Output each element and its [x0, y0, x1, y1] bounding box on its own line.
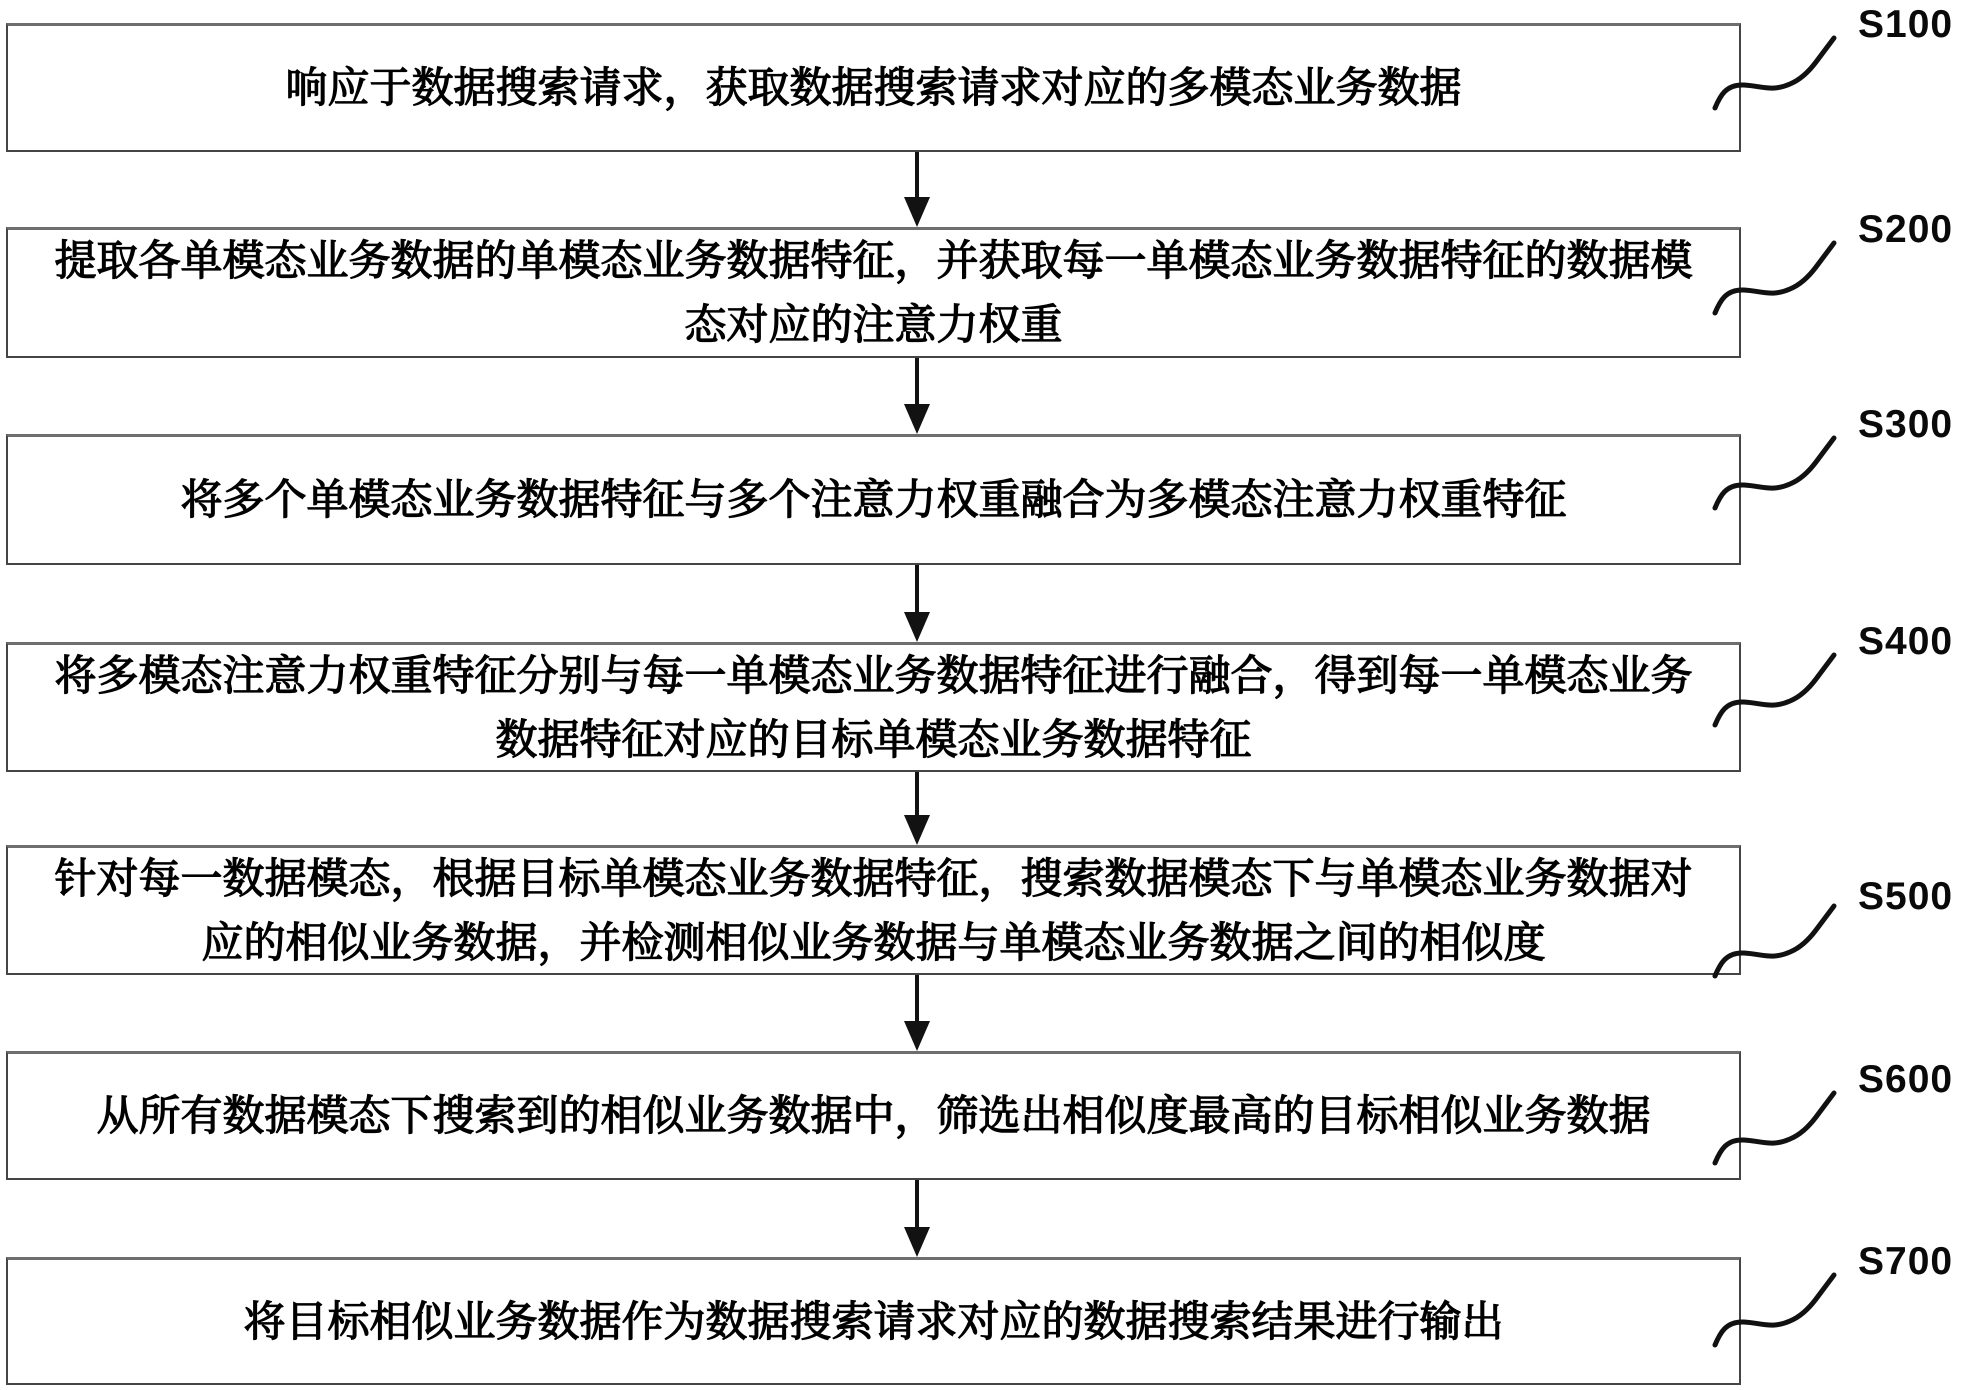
squiggle-connector-7 — [1710, 1269, 1842, 1349]
squiggle-connector-4 — [1710, 649, 1842, 729]
down-arrow-head-2 — [904, 404, 930, 434]
step-box-2: 提取各单模态业务数据的单模态业务数据特征，并获取每一单模态业务数据特征的数据模态… — [6, 227, 1741, 358]
step-label-s200: S200 — [1858, 207, 1953, 253]
down-arrow-line-6 — [915, 1180, 919, 1227]
step-text-6: 从所有数据模态下搜索到的相似业务数据中，筛选出相似度最高的目标相似业务数据 — [8, 1084, 1739, 1148]
step-label-s500: S500 — [1858, 874, 1953, 920]
squiggle-connector-3 — [1710, 432, 1842, 512]
down-arrow-head-6 — [904, 1227, 930, 1257]
step-text-4: 将多模态注意力权重特征分别与每一单模态业务数据特征进行融合，得到每一单模态业务数… — [8, 644, 1739, 772]
down-arrow-head-5 — [904, 1021, 930, 1051]
step-text-5: 针对每一数据模态，根据目标单模态业务数据特征，搜索数据模态下与单模态业务数据对应… — [8, 847, 1739, 975]
squiggle-connector-5 — [1710, 900, 1842, 980]
squiggle-connector-1 — [1710, 32, 1842, 112]
step-label-s300: S300 — [1858, 402, 1953, 448]
step-box-4: 将多模态注意力权重特征分别与每一单模态业务数据特征进行融合，得到每一单模态业务数… — [6, 642, 1741, 772]
step-box-7: 将目标相似业务数据作为数据搜索请求对应的数据搜索结果进行输出 — [6, 1257, 1741, 1385]
down-arrow-line-5 — [915, 975, 919, 1021]
step-label-s600: S600 — [1858, 1057, 1953, 1103]
down-arrow-head-4 — [904, 815, 930, 845]
step-label-s700: S700 — [1858, 1239, 1953, 1285]
down-arrow-line-2 — [915, 358, 919, 404]
down-arrow-line-4 — [915, 772, 919, 815]
step-text-2: 提取各单模态业务数据的单模态业务数据特征，并获取每一单模态业务数据特征的数据模态… — [8, 229, 1739, 357]
step-box-3: 将多个单模态业务数据特征与多个注意力权重融合为多模态注意力权重特征 — [6, 434, 1741, 565]
down-arrow-line-1 — [915, 152, 919, 197]
step-box-1: 响应于数据搜索请求，获取数据搜索请求对应的多模态业务数据 — [6, 23, 1741, 152]
step-text-1: 响应于数据搜索请求，获取数据搜索请求对应的多模态业务数据 — [8, 56, 1739, 120]
step-label-s400: S400 — [1858, 619, 1953, 665]
squiggle-connector-2 — [1710, 237, 1842, 317]
step-box-5: 针对每一数据模态，根据目标单模态业务数据特征，搜索数据模态下与单模态业务数据对应… — [6, 845, 1741, 975]
step-box-6: 从所有数据模态下搜索到的相似业务数据中，筛选出相似度最高的目标相似业务数据 — [6, 1051, 1741, 1180]
down-arrow-head-1 — [904, 197, 930, 227]
down-arrow-line-3 — [915, 565, 919, 612]
step-text-3: 将多个单模态业务数据特征与多个注意力权重融合为多模态注意力权重特征 — [8, 468, 1739, 532]
flowchart-figure: 响应于数据搜索请求，获取数据搜索请求对应的多模态业务数据 提取各单模态业务数据的… — [0, 0, 1963, 1390]
step-label-s100: S100 — [1858, 2, 1953, 48]
step-text-7: 将目标相似业务数据作为数据搜索请求对应的数据搜索结果进行输出 — [8, 1290, 1739, 1354]
down-arrow-head-3 — [904, 612, 930, 642]
squiggle-connector-6 — [1710, 1087, 1842, 1167]
